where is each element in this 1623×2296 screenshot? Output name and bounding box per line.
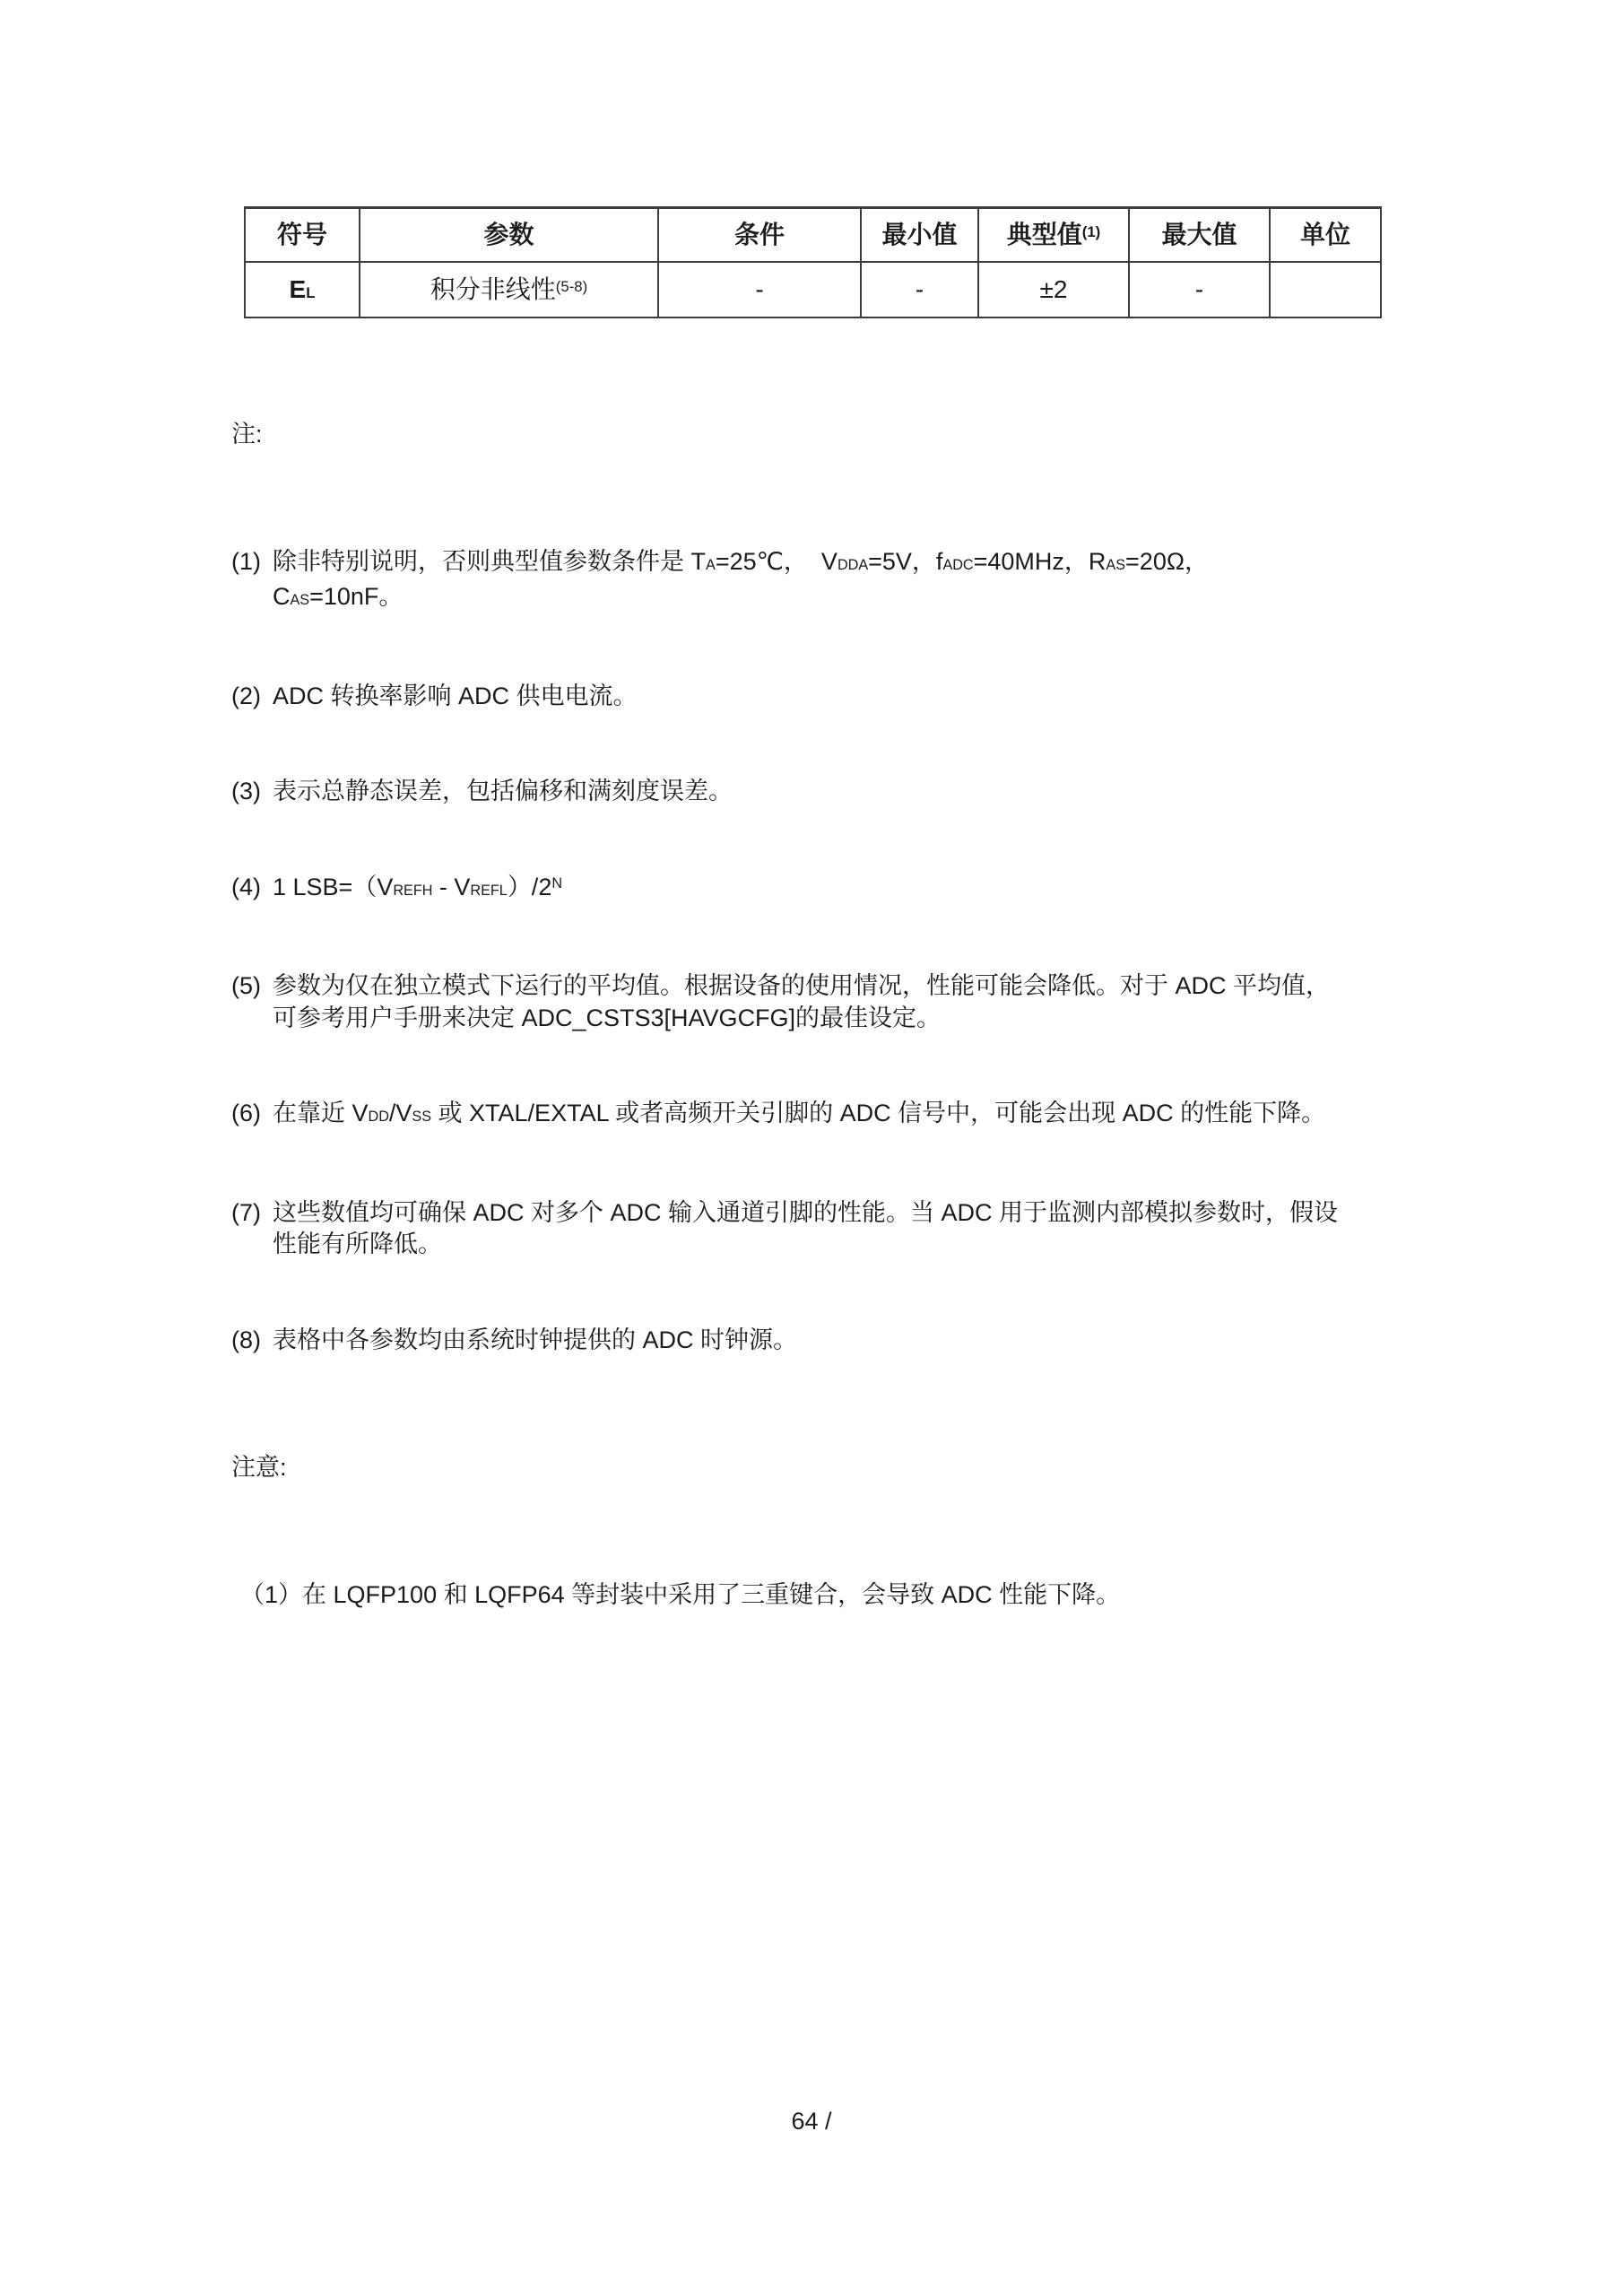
note-item: (3) 表示总静态误差，包括偏移和满刻度误差。 (231, 776, 1424, 808)
cell-parameter: 积分非线性(5-8) (360, 262, 658, 317)
col-header-min: 最小值 (861, 208, 978, 263)
note-item: (4) 1 LSB=（VREFH - VREFL）/2N (231, 872, 1424, 908)
note-number: (1) (231, 546, 273, 578)
spec-table: 符号 参数 条件 最小值 典型值(1) 最大值 单位 EL 积分非线性(5-8)… (244, 206, 1382, 318)
cell-condition: - (658, 262, 861, 317)
note-text: 表示总静态误差，包括偏移和满刻度误差。 (273, 776, 733, 808)
cell-max: - (1129, 262, 1270, 317)
note-item: (1) 除非特别说明，否则典型值参数条件是 TA=25℃， VDDA=5V，fA… (231, 546, 1424, 617)
note-number: (4) (231, 872, 273, 904)
col-header-unit: 单位 (1270, 208, 1381, 263)
note-text: 除非特别说明，否则典型值参数条件是 TA=25℃， VDDA=5V，fADC=4… (273, 546, 1209, 617)
note-item: (8) 表格中各参数均由系统时钟提供的 ADC 时钟源。 (231, 1325, 1424, 1357)
notice-label: 注意: (231, 1452, 1424, 1484)
page-footer: 64 / (0, 2106, 1623, 2137)
cell-unit (1270, 262, 1381, 317)
col-header-symbol: 符号 (245, 208, 360, 263)
col-header-parameter: 参数 (360, 208, 658, 263)
cell-symbol: EL (245, 262, 360, 317)
note-text: 在靠近 VDD/VSS 或 XTAL/EXTAL 或者高频开关引脚的 ADC 信… (273, 1098, 1325, 1134)
notice-item: （1）在 LQFP100 和 LQFP64 等封装中采用了三重键合，会导致 AD… (231, 1579, 1424, 1612)
note-item: (7) 这些数值均可确保 ADC 对多个 ADC 输入通道引脚的性能。当 ADC… (231, 1197, 1424, 1261)
note-text: 1 LSB=（VREFH - VREFL）/2N (273, 872, 562, 908)
table-row: EL 积分非线性(5-8) - - ±2 - (245, 262, 1381, 317)
page-number: 64 / (791, 2108, 831, 2135)
document-page: 符号 参数 条件 最小值 典型值(1) 最大值 单位 EL 积分非线性(5-8)… (0, 0, 1623, 2296)
col-header-max: 最大值 (1129, 208, 1270, 263)
note-item: (2) ADC 转换率影响 ADC 供电电流。 (231, 681, 1424, 713)
notes-label: 注: (231, 419, 1424, 451)
note-number: (3) (231, 776, 273, 808)
notes-section: 注: (1) 除非特别说明，否则典型值参数条件是 TA=25℃， VDDA=5V… (231, 323, 1424, 1707)
note-item: (6) 在靠近 VDD/VSS 或 XTAL/EXTAL 或者高频开关引脚的 A… (231, 1098, 1424, 1134)
note-number: (6) (231, 1098, 273, 1130)
note-item: (5) 参数为仅在独立模式下运行的平均值。根据设备的使用情况，性能可能会降低。对… (231, 970, 1424, 1034)
table-header-row: 符号 参数 条件 最小值 典型值(1) 最大值 单位 (245, 208, 1381, 263)
cell-typical: ±2 (978, 262, 1129, 317)
note-number: (2) (231, 681, 273, 713)
notice-text: （1）在 LQFP100 和 LQFP64 等封装中采用了三重键合，会导致 AD… (240, 1579, 1120, 1612)
note-text: 这些数值均可确保 ADC 对多个 ADC 输入通道引脚的性能。当 ADC 用于监… (273, 1197, 1338, 1261)
cell-min: - (861, 262, 978, 317)
note-text: 参数为仅在独立模式下运行的平均值。根据设备的使用情况，性能可能会降低。对于 AD… (273, 970, 1330, 1034)
note-number: (5) (231, 970, 273, 1003)
note-number: (7) (231, 1197, 273, 1230)
note-number: (8) (231, 1325, 273, 1357)
note-text: ADC 转换率影响 ADC 供电电流。 (273, 681, 638, 713)
col-header-condition: 条件 (658, 208, 861, 263)
col-header-typical: 典型值(1) (978, 208, 1129, 263)
note-text: 表格中各参数均由系统时钟提供的 ADC 时钟源。 (273, 1325, 797, 1357)
